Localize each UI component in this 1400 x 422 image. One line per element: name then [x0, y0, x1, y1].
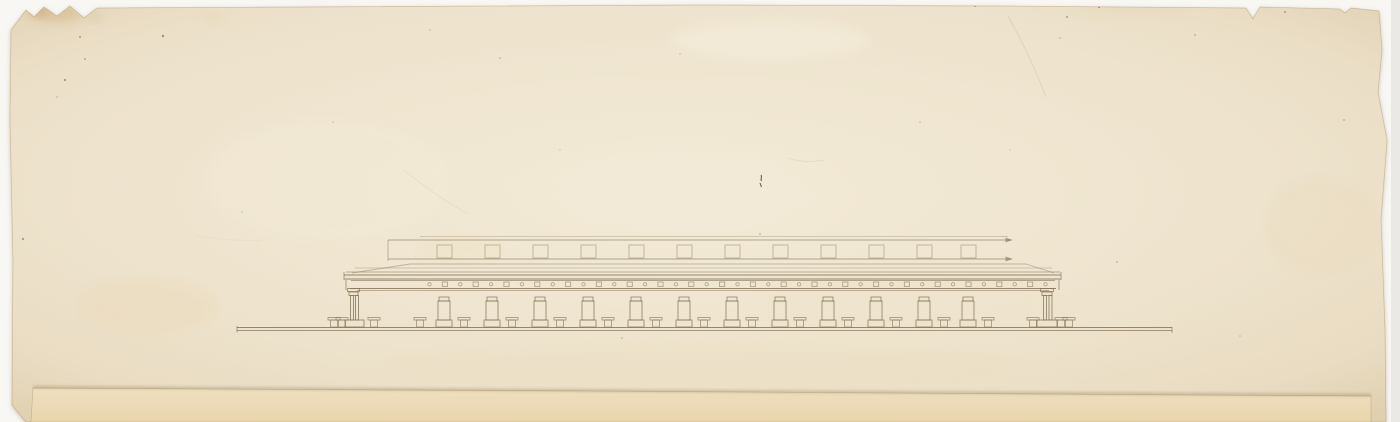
- scan-right-edge-strip: [1391, 0, 1400, 422]
- scan-of-architectural-drawing: [0, 0, 1400, 422]
- elevation-drawing: [0, 0, 1400, 422]
